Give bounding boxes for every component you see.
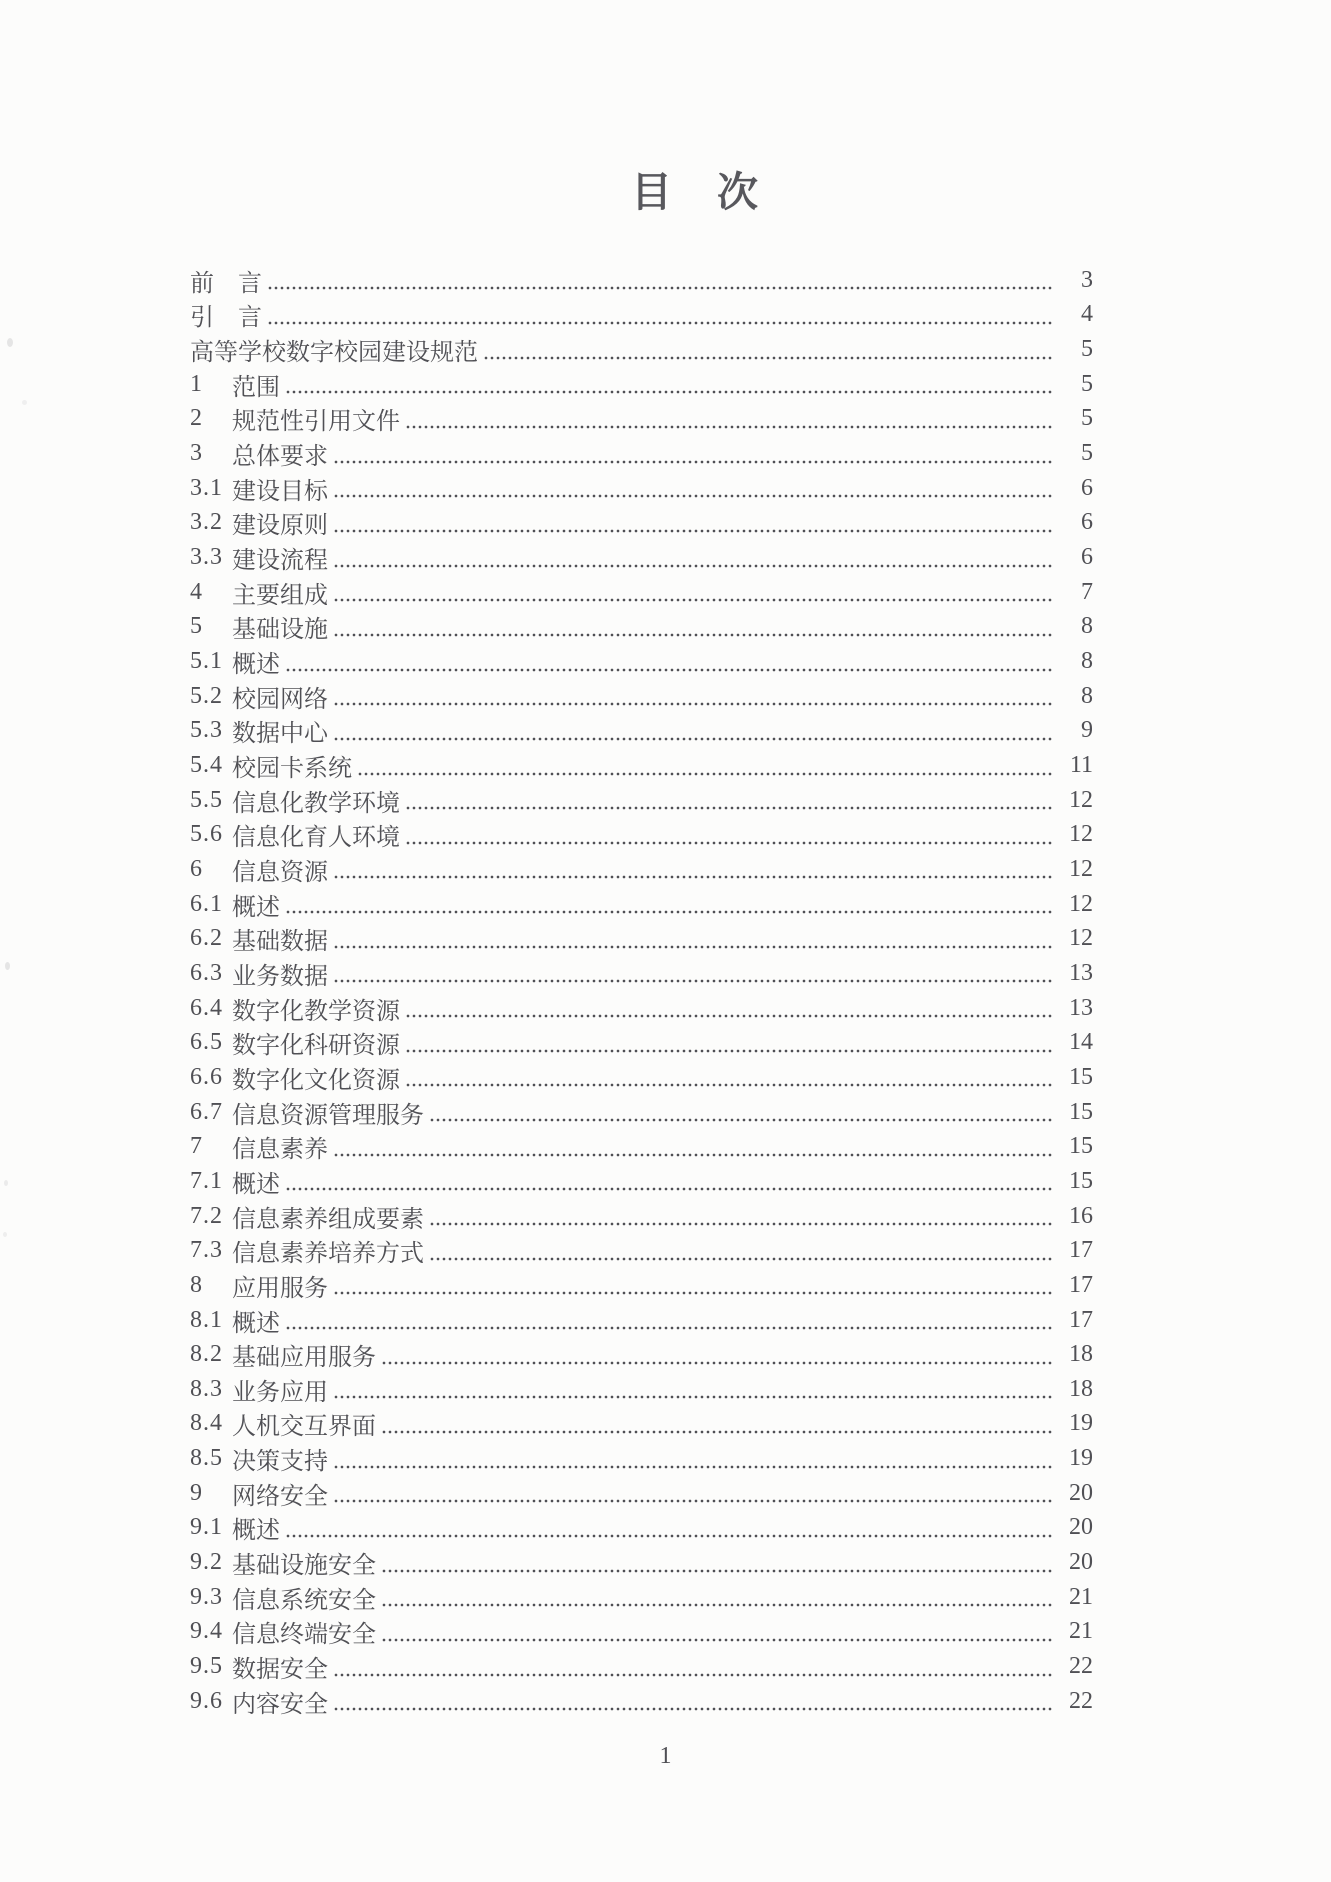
toc-entry-number: 5.2 xyxy=(190,683,232,710)
toc-entry: 9 网络安全 20 xyxy=(0,1476,1331,1511)
toc-entry-page: 5 xyxy=(1061,440,1093,467)
toc-entry-label: 概述 xyxy=(232,887,280,922)
toc-entry-label: 高等学校数字校园建设规范 xyxy=(190,332,478,367)
toc-entry: 5.5 信息化教学环境 12 xyxy=(0,783,1331,818)
toc-entry: 2 规范性引用文件 5 xyxy=(0,402,1331,437)
toc-entry: 6.6 数字化文化资源 15 xyxy=(0,1060,1331,1095)
toc-entry: 6.1 概述 12 xyxy=(0,887,1331,922)
toc-entry-number: 3.1 xyxy=(190,475,232,502)
toc-entry-page: 21 xyxy=(1061,1584,1093,1611)
toc-entry-label: 网络安全 xyxy=(232,1476,328,1511)
toc-entry-page: 8 xyxy=(1061,648,1093,675)
toc-entry-number: 6.6 xyxy=(190,1064,232,1091)
toc-entry-label: 人机交互界面 xyxy=(232,1406,376,1441)
toc-entry-page: 14 xyxy=(1061,1029,1093,1056)
toc-entry-page: 7 xyxy=(1061,579,1093,606)
toc-entry-page: 3 xyxy=(1061,267,1093,294)
toc-entry-page: 6 xyxy=(1061,509,1093,536)
toc-entry: 8.5 决策支持 19 xyxy=(0,1441,1331,1476)
toc-entry-number: 7.3 xyxy=(190,1237,232,1264)
toc-entry-page: 21 xyxy=(1061,1618,1093,1645)
dot-leader-icon xyxy=(285,887,1054,922)
toc-entry-number: 8.5 xyxy=(190,1445,232,1472)
toc-entry-page: 6 xyxy=(1061,475,1093,502)
toc-entry: 3.1 建设目标 6 xyxy=(0,471,1331,506)
toc-entry-label: 基础设施 xyxy=(232,609,328,644)
toc-entry-page: 12 xyxy=(1061,891,1093,918)
toc-entry: 9.5 数据安全 22 xyxy=(0,1649,1331,1684)
toc-entry: 7.3 信息素养培养方式 17 xyxy=(0,1233,1331,1268)
toc-entry-label: 数据中心 xyxy=(232,713,328,748)
toc-entry-number: 9.6 xyxy=(190,1688,232,1715)
toc-entry-number: 2 xyxy=(190,405,232,432)
toc-entry: 6.7 信息资源管理服务 15 xyxy=(0,1095,1331,1130)
toc-entry-page: 5 xyxy=(1061,405,1093,432)
dot-leader-icon xyxy=(405,818,1054,853)
toc-entry-number: 9.5 xyxy=(190,1653,232,1680)
toc-entry: 9.1 概述 20 xyxy=(0,1511,1331,1546)
dot-leader-icon xyxy=(333,1129,1054,1164)
toc-entry-label: 基础设施安全 xyxy=(232,1545,376,1580)
toc-entry-label: 建设目标 xyxy=(232,471,328,506)
toc-entry-label: 概述 xyxy=(232,1303,280,1338)
toc-entry-page: 8 xyxy=(1061,683,1093,710)
toc-entry-label: 数字化科研资源 xyxy=(232,1025,400,1060)
toc-entry-label: 建设原则 xyxy=(232,505,328,540)
toc-entry-label: 信息资源 xyxy=(232,852,328,887)
toc-entry-number: 8.3 xyxy=(190,1376,232,1403)
dot-leader-icon xyxy=(285,644,1054,679)
toc-entry-number: 6.4 xyxy=(190,995,232,1022)
dot-leader-icon xyxy=(381,1545,1054,1580)
toc-entry-page: 13 xyxy=(1061,995,1093,1022)
toc-entry-page: 5 xyxy=(1061,336,1093,363)
dot-leader-icon xyxy=(333,679,1054,714)
dot-leader-icon xyxy=(333,436,1054,471)
dot-leader-icon xyxy=(357,748,1054,783)
toc-entry-label: 信息资源管理服务 xyxy=(232,1095,424,1130)
dot-leader-icon xyxy=(333,506,1054,541)
toc-entry-label: 校园网络 xyxy=(232,679,328,714)
toc-entry: 3.2 建设原则 6 xyxy=(0,506,1331,541)
toc-entry: 5.2 校园网络 8 xyxy=(0,679,1331,714)
dot-leader-icon xyxy=(381,1615,1054,1650)
dot-leader-icon xyxy=(285,367,1054,402)
toc-entry-page: 19 xyxy=(1061,1445,1093,1472)
toc-entry-number: 9.2 xyxy=(190,1549,232,1576)
dot-leader-icon xyxy=(381,1337,1054,1372)
toc-entry-page: 22 xyxy=(1061,1688,1093,1715)
toc-entry: 5.4 校园卡系统 11 xyxy=(0,748,1331,783)
dot-leader-icon xyxy=(333,1649,1054,1684)
toc-entry: 9.3 信息系统安全 21 xyxy=(0,1580,1331,1615)
toc-entry: 5 基础设施 8 xyxy=(0,610,1331,645)
dot-leader-icon xyxy=(405,991,1054,1026)
toc-entry: 9.2 基础设施安全 20 xyxy=(0,1545,1331,1580)
toc-entry-label: 数据安全 xyxy=(232,1649,328,1684)
dot-leader-icon xyxy=(405,1060,1054,1095)
toc-entry-page: 15 xyxy=(1061,1064,1093,1091)
toc-entry-number: 6.2 xyxy=(190,925,232,952)
toc-entry-number: 9.4 xyxy=(190,1618,232,1645)
dot-leader-icon xyxy=(333,471,1054,506)
toc-list: 前 言 3 引 言 4 高等学校数字校园建设规范 5 1 范围 5 2 规范性引… xyxy=(0,263,1331,1719)
dot-leader-icon xyxy=(267,298,1054,333)
toc-entry-label: 决策支持 xyxy=(232,1441,328,1476)
toc-entry-label: 概述 xyxy=(232,1510,280,1545)
toc-entry: 9.6 内容安全 22 xyxy=(0,1684,1331,1719)
dot-leader-icon xyxy=(285,1164,1054,1199)
toc-entry-number: 7.2 xyxy=(190,1203,232,1230)
dot-leader-icon xyxy=(333,921,1054,956)
toc-entry-page: 15 xyxy=(1061,1168,1093,1195)
toc-entry-number: 8 xyxy=(190,1272,232,1299)
dot-leader-icon xyxy=(429,1233,1054,1268)
toc-entry-number: 7.1 xyxy=(190,1168,232,1195)
dot-leader-icon xyxy=(405,1025,1054,1060)
toc-entry-page: 8 xyxy=(1061,613,1093,640)
toc-entry: 6.4 数字化教学资源 13 xyxy=(0,991,1331,1026)
toc-entry-label: 总体要求 xyxy=(232,436,328,471)
toc-entry-number: 8.4 xyxy=(190,1410,232,1437)
toc-entry-label: 信息化教学环境 xyxy=(232,783,400,818)
toc-entry-page: 11 xyxy=(1061,752,1093,779)
toc-entry-page: 20 xyxy=(1061,1480,1093,1507)
toc-entry: 前 言 3 xyxy=(0,263,1331,298)
toc-entry-label: 信息系统安全 xyxy=(232,1580,376,1615)
toc-entry-number: 6.5 xyxy=(190,1029,232,1056)
toc-entry-label: 数字化教学资源 xyxy=(232,991,400,1026)
toc-entry-label: 概述 xyxy=(232,1164,280,1199)
toc-entry: 8 应用服务 17 xyxy=(0,1268,1331,1303)
scan-artifact xyxy=(5,962,10,970)
dot-leader-icon xyxy=(381,1407,1054,1442)
toc-entry: 4 主要组成 7 xyxy=(0,575,1331,610)
toc-entry-label: 建设流程 xyxy=(232,540,328,575)
toc-entry-number: 3.3 xyxy=(190,544,232,571)
dot-leader-icon xyxy=(333,852,1054,887)
toc-entry-label: 数字化文化资源 xyxy=(232,1060,400,1095)
toc-entry: 7 信息素养 15 xyxy=(0,1129,1331,1164)
toc-entry-label: 内容安全 xyxy=(232,1684,328,1719)
toc-entry-label: 范围 xyxy=(232,367,280,402)
toc-entry-number: 1 xyxy=(190,371,232,398)
dot-leader-icon xyxy=(405,402,1054,437)
toc-entry-label: 信息素养培养方式 xyxy=(232,1233,424,1268)
toc-entry-label: 校园卡系统 xyxy=(232,748,352,783)
document-page: 目 次 前 言 3 引 言 4 高等学校数字校园建设规范 5 1 范围 5 2 … xyxy=(0,0,1331,1882)
toc-entry-page: 19 xyxy=(1061,1410,1093,1437)
toc-entry-label: 概述 xyxy=(232,644,280,679)
dot-leader-icon xyxy=(333,1476,1054,1511)
toc-entry: 5.1 概述 8 xyxy=(0,644,1331,679)
toc-entry-label: 信息化育人环境 xyxy=(232,817,400,852)
toc-entry: 6.3 业务数据 13 xyxy=(0,956,1331,991)
toc-entry: 9.4 信息终端安全 21 xyxy=(0,1615,1331,1650)
toc-entry-label: 基础应用服务 xyxy=(232,1337,376,1372)
toc-entry: 7.1 概述 15 xyxy=(0,1164,1331,1199)
toc-entry-label: 引 言 xyxy=(190,297,262,332)
toc-entry-page: 22 xyxy=(1061,1653,1093,1680)
scan-artifact xyxy=(22,400,27,405)
toc-entry: 6.5 数字化科研资源 14 xyxy=(0,1025,1331,1060)
toc-entry-label: 信息终端安全 xyxy=(232,1614,376,1649)
toc-entry-page: 17 xyxy=(1061,1307,1093,1334)
toc-entry-number: 9 xyxy=(190,1480,232,1507)
toc-entry-page: 20 xyxy=(1061,1549,1093,1576)
toc-entry: 5.6 信息化育人环境 12 xyxy=(0,818,1331,853)
toc-entry-label: 信息素养 xyxy=(232,1129,328,1164)
dot-leader-icon xyxy=(405,783,1054,818)
toc-entry-page: 16 xyxy=(1061,1203,1093,1230)
toc-entry-number: 3 xyxy=(190,440,232,467)
toc-entry-label: 业务数据 xyxy=(232,956,328,991)
scan-artifact xyxy=(7,338,13,347)
toc-entry-label: 主要组成 xyxy=(232,575,328,610)
scan-artifact xyxy=(3,1232,7,1237)
toc-entry: 8.3 业务应用 18 xyxy=(0,1372,1331,1407)
dot-leader-icon xyxy=(333,575,1054,610)
toc-entry: 1 范围 5 xyxy=(0,367,1331,402)
toc-entry: 8.1 概述 17 xyxy=(0,1303,1331,1338)
toc-entry-label: 业务应用 xyxy=(232,1372,328,1407)
dot-leader-icon xyxy=(333,540,1054,575)
toc-entry-page: 4 xyxy=(1061,301,1093,328)
toc-entry-number: 6 xyxy=(190,856,232,883)
dot-leader-icon xyxy=(381,1580,1054,1615)
toc-entry: 3.3 建设流程 6 xyxy=(0,540,1331,575)
toc-entry-number: 6.3 xyxy=(190,960,232,987)
toc-entry: 3 总体要求 5 xyxy=(0,436,1331,471)
toc-entry: 8.2 基础应用服务 18 xyxy=(0,1337,1331,1372)
toc-entry-page: 9 xyxy=(1061,717,1093,744)
toc-entry: 7.2 信息素养组成要素 16 xyxy=(0,1199,1331,1234)
toc-entry-number: 5.3 xyxy=(190,717,232,744)
toc-entry-number: 9.3 xyxy=(190,1584,232,1611)
toc-entry: 8.4 人机交互界面 19 xyxy=(0,1407,1331,1442)
toc-entry-page: 18 xyxy=(1061,1376,1093,1403)
toc-entry-number: 3.2 xyxy=(190,509,232,536)
dot-leader-icon xyxy=(333,714,1054,749)
toc-entry: 高等学校数字校园建设规范 5 xyxy=(0,332,1331,367)
dot-leader-icon xyxy=(333,1268,1054,1303)
toc-entry: 6 信息资源 12 xyxy=(0,852,1331,887)
toc-entry-number: 8.1 xyxy=(190,1307,232,1334)
dot-leader-icon xyxy=(483,332,1054,367)
toc-entry-page: 12 xyxy=(1061,856,1093,883)
page-number: 1 xyxy=(0,1743,1331,1770)
dot-leader-icon xyxy=(285,1511,1054,1546)
dot-leader-icon xyxy=(333,1441,1054,1476)
toc-entry: 6.2 基础数据 12 xyxy=(0,921,1331,956)
toc-entry-number: 5.1 xyxy=(190,648,232,675)
toc-entry-page: 12 xyxy=(1061,925,1093,952)
toc-entry-number: 6.7 xyxy=(190,1099,232,1126)
dot-leader-icon xyxy=(429,1199,1054,1234)
toc-entry-number: 5.6 xyxy=(190,821,232,848)
toc-entry-page: 17 xyxy=(1061,1237,1093,1264)
toc-title: 目 次 xyxy=(0,172,1331,213)
dot-leader-icon xyxy=(285,1303,1054,1338)
toc-entry-page: 6 xyxy=(1061,544,1093,571)
dot-leader-icon xyxy=(333,1684,1054,1719)
toc-entry-page: 13 xyxy=(1061,960,1093,987)
toc-entry: 5.3 数据中心 9 xyxy=(0,714,1331,749)
toc-entry-number: 9.1 xyxy=(190,1514,232,1541)
toc-entry-page: 20 xyxy=(1061,1514,1093,1541)
dot-leader-icon xyxy=(429,1095,1054,1130)
toc-entry-number: 5.4 xyxy=(190,752,232,779)
toc-entry-page: 15 xyxy=(1061,1099,1093,1126)
toc-entry-page: 12 xyxy=(1061,821,1093,848)
toc-entry-page: 17 xyxy=(1061,1272,1093,1299)
scan-artifact xyxy=(4,1180,8,1186)
toc-entry-page: 12 xyxy=(1061,787,1093,814)
toc-entry-number: 7 xyxy=(190,1133,232,1160)
dot-leader-icon xyxy=(333,610,1054,645)
toc-entry-label: 应用服务 xyxy=(232,1268,328,1303)
toc-entry-number: 4 xyxy=(190,579,232,606)
dot-leader-icon xyxy=(333,956,1054,991)
dot-leader-icon xyxy=(333,1372,1054,1407)
toc-entry-label: 前 言 xyxy=(190,263,262,298)
toc-entry-number: 8.2 xyxy=(190,1341,232,1368)
toc-entry-label: 规范性引用文件 xyxy=(232,401,400,436)
toc-entry: 引 言 4 xyxy=(0,298,1331,333)
toc-entry-page: 18 xyxy=(1061,1341,1093,1368)
toc-entry-label: 基础数据 xyxy=(232,921,328,956)
toc-entry-number: 5 xyxy=(190,613,232,640)
dot-leader-icon xyxy=(267,263,1054,298)
toc-entry-label: 信息素养组成要素 xyxy=(232,1199,424,1234)
toc-entry-number: 5.5 xyxy=(190,787,232,814)
toc-entry-number: 6.1 xyxy=(190,891,232,918)
toc-entry-page: 15 xyxy=(1061,1133,1093,1160)
toc-entry-page: 5 xyxy=(1061,371,1093,398)
